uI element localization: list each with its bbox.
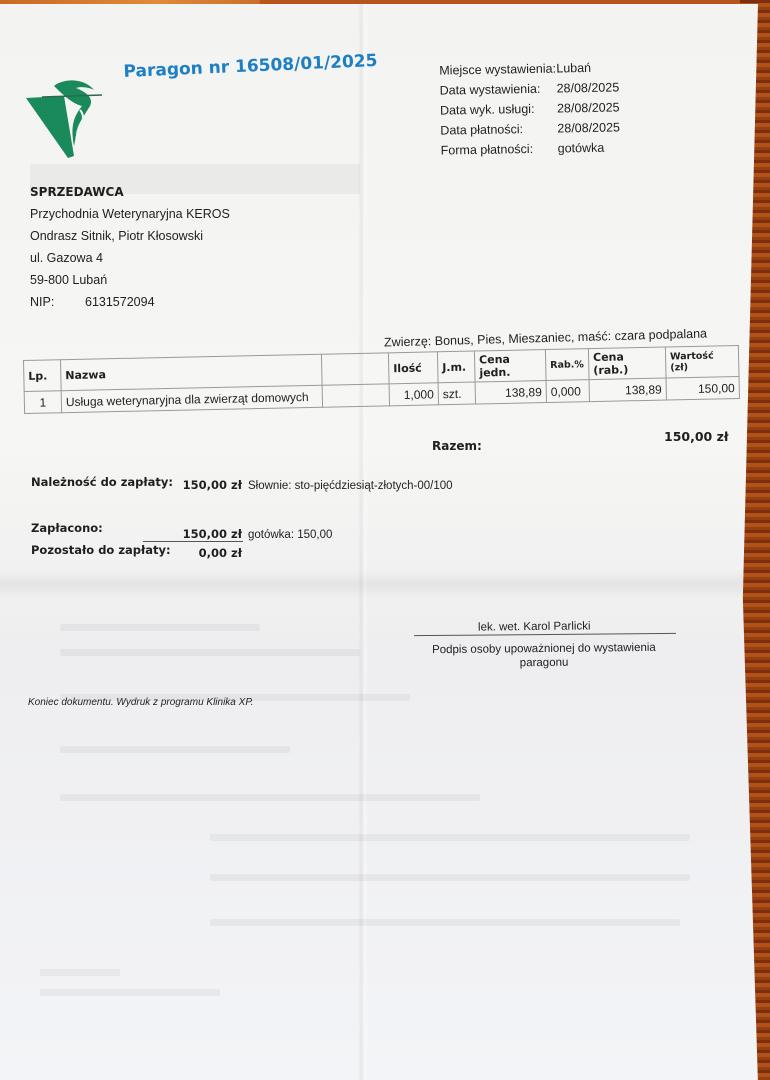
show-through-mark	[40, 969, 120, 976]
show-through-mark	[210, 834, 690, 841]
col-blank	[321, 353, 389, 385]
meta-value: 28/08/2025	[557, 97, 620, 118]
seller-block: SPRZEDAWCA Przychodnia Weterynaryjna KER…	[30, 181, 230, 313]
signature-caption-line1: Podpis osoby upoważnionej do wystawienia	[424, 641, 664, 658]
amount-due-label: Należność do zapłaty:	[31, 475, 173, 489]
meta-value: 28/08/2025	[556, 77, 619, 98]
total-value: 150,00 zł	[664, 429, 729, 444]
nip-label: NIP:	[30, 291, 85, 313]
col-discounted-price: Cena (rab.)	[588, 347, 666, 380]
col-lp: Lp.	[24, 360, 62, 392]
paid-note: gotówka: 150,00	[248, 529, 332, 541]
seller-name: Przychodnia Weterynaryjna KEROS	[30, 203, 230, 225]
document-footer: Koniec dokumentu. Wydruk z programu Klin…	[28, 697, 253, 708]
meta-label: Forma płatności:	[441, 139, 558, 161]
total-label: Razem:	[432, 439, 482, 453]
col-value: Wartość (zł)	[665, 346, 739, 379]
paid-underline	[143, 541, 243, 542]
amount-due-value: 150,00 zł	[162, 478, 242, 492]
items-table: Lp. Nazwa Ilość J.m. Cena jedn. Rab.% Ce…	[23, 345, 740, 414]
cell-value: 150,00	[666, 377, 739, 401]
show-through-mark	[60, 746, 290, 753]
show-through-mark	[210, 919, 680, 926]
receipt-title: Paragon nr 16508/01/2025	[123, 51, 378, 82]
receipt-meta: Miejsce wystawienia: Lubań Data wystawie…	[439, 57, 620, 160]
meta-value: 28/08/2025	[557, 117, 620, 138]
signature-caption: Podpis osoby upoważnionej do wystawienia…	[424, 641, 664, 672]
clinic-logo-icon	[24, 76, 106, 160]
show-through-mark	[60, 649, 360, 656]
seller-heading: SPRZEDAWCA	[30, 181, 230, 203]
seller-city: 59-800 Lubań	[30, 269, 230, 291]
meta-value: gotówka	[558, 138, 605, 159]
cell-unit-price: 138,89	[475, 381, 546, 404]
col-unit: J.m.	[437, 351, 475, 383]
show-through-mark	[210, 874, 690, 881]
amount-in-words: Słownie: sto-pięćdziesiąt-złotych-00/100	[248, 480, 453, 492]
meta-label: Data wystawienia:	[439, 79, 556, 101]
cell-lp: 1	[24, 391, 61, 414]
seller-nip: NIP: 6131572094	[30, 291, 230, 313]
receipt-paper: Paragon nr 16508/01/2025 Miejsce wystawi…	[0, 4, 758, 1080]
remaining-value: 0,00 zł	[162, 546, 242, 560]
cell-qty: 1,000	[389, 383, 438, 406]
paid-value: 150,00 zł	[162, 527, 242, 541]
seller-owners: Ondrasz Sitnik, Piotr Kłosowski	[30, 225, 230, 247]
cell-unit: szt.	[438, 382, 475, 405]
show-through-mark	[60, 624, 260, 631]
show-through-mark	[40, 989, 220, 996]
meta-label: Data wyk. usługi:	[440, 99, 557, 121]
cell-discount: 0,000	[546, 380, 589, 403]
col-unit-price: Cena jedn.	[474, 350, 546, 382]
cell-discounted-price: 138,89	[589, 378, 666, 402]
meta-value: Lubań	[556, 58, 591, 79]
meta-label: Data płatności:	[440, 119, 557, 141]
cell-blank	[322, 384, 389, 407]
signature-caption-line2: paragonu	[424, 655, 664, 672]
signature-line	[414, 633, 676, 636]
remaining-label: Pozostało do zapłaty:	[31, 543, 171, 557]
paper-fold-horizontal	[0, 569, 758, 599]
meta-label: Miejsce wystawienia:	[439, 59, 556, 81]
signer-name: lek. wet. Karol Parlicki	[478, 620, 591, 633]
cell-name: Usługa weterynaryjna dla zwierząt domowy…	[61, 385, 322, 412]
seller-street: ul. Gazowa 4	[30, 247, 230, 269]
paid-label: Zapłacono:	[31, 521, 103, 535]
meta-row-payment-method: Forma płatności: gotówka	[441, 137, 621, 160]
show-through-mark	[60, 794, 480, 801]
col-discount: Rab.%	[545, 349, 589, 381]
col-qty: Ilość	[388, 352, 438, 384]
nip-value: 6131572094	[85, 291, 155, 313]
